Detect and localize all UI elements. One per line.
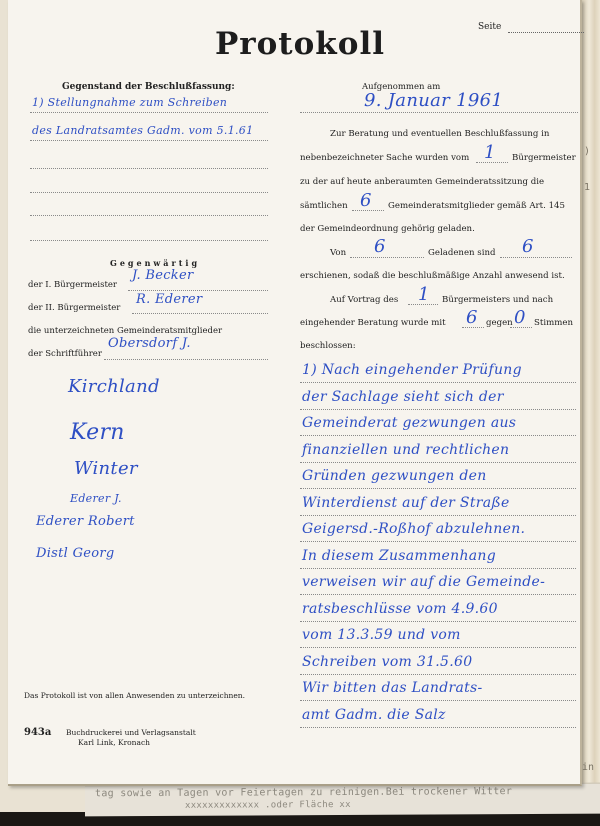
resolution-handwriting: Winterdienst auf der Straße	[302, 495, 510, 511]
subject-line	[30, 215, 268, 216]
mayor1-line	[128, 290, 268, 291]
typed-line: tag sowie an Tagen vor Feiertagen zu rei…	[95, 786, 512, 799]
vote-text: Bürgermeisters und nach	[442, 295, 553, 305]
form-number: 943a	[24, 727, 51, 738]
resolution-line	[300, 435, 576, 436]
subject-heading: Gegenstand der Beschlußfassung:	[62, 82, 235, 92]
vote-against-label: gegen	[486, 318, 513, 328]
von-line	[350, 257, 424, 258]
intro-text: Gemeinderatsmitglieder gemäß Art. 145	[388, 201, 565, 211]
mayor1-signature: J. Becker	[132, 268, 193, 283]
page-stub-text: )	[584, 146, 590, 157]
resolution-line	[300, 621, 576, 622]
geladenen-label: Geladenen sind	[428, 248, 496, 258]
resolution-line	[300, 382, 576, 383]
intro-text: Bürgermeister	[512, 153, 576, 163]
resolution-handwriting: 1) Nach eingehender Prüfung	[302, 362, 522, 378]
secretary-label: der Schriftführer	[28, 349, 102, 359]
resolution-handwriting: finanziellen und rechtlichen	[302, 442, 509, 458]
date-line	[300, 112, 578, 113]
subject-line	[30, 112, 268, 113]
vote-text: Stimmen	[534, 318, 573, 328]
member-signature: Ederer J.	[70, 492, 122, 505]
quorum-text: erschienen, sodaß die beschlußmäßige Anz…	[300, 271, 565, 281]
von-label: Von	[330, 248, 346, 258]
mayor-count-value: 1	[484, 142, 496, 163]
recorded-date: 9. Januar 1961	[364, 90, 503, 111]
member-signature: Ederer Robert	[36, 514, 135, 529]
intro-text: Zur Beratung und eventuellen Beschlußfas…	[330, 129, 549, 139]
mayor1-label: der I. Bürgermeister	[28, 280, 117, 290]
resolution-handwriting: Gründen gezwungen den	[302, 468, 487, 484]
resolution-handwriting: amt Gadm. die Salz	[302, 707, 446, 723]
mayor2-line	[132, 313, 268, 314]
printer-line1: Buchdruckerei und Verlagsanstalt	[66, 728, 196, 737]
mayor2-label: der II. Bürgermeister	[28, 303, 120, 313]
votes-against-value: 0	[514, 307, 526, 328]
geladenen-line	[500, 257, 572, 258]
subject-handwriting: 1) Stellungnahme zum Schreiben	[32, 96, 227, 109]
page-stub-text: 1	[584, 182, 590, 193]
resolution-handwriting: ratsbeschlüsse vom 4.9.60	[302, 601, 498, 617]
document-title: Protokoll	[0, 26, 600, 62]
von-value: 6	[374, 236, 386, 257]
resolution-line	[300, 568, 576, 569]
member-signature: Winter	[74, 458, 138, 479]
subject-line	[30, 168, 268, 169]
intro-text: sämtlichen	[300, 201, 348, 211]
member-signature: Distl Georg	[36, 546, 115, 561]
intro-text: der Gemeindeordnung gehörig geladen.	[300, 224, 475, 234]
resolution-line	[300, 674, 576, 675]
vote-text: Auf Vortrag des	[330, 295, 398, 305]
secretary-signature: Obersdorf J.	[108, 336, 191, 351]
resolution-handwriting: In diesem Zusammenhang	[302, 548, 496, 564]
resolution-line	[300, 462, 576, 463]
member-signature: Kern	[70, 420, 125, 445]
subject-handwriting: des Landratsamtes Gadm. vom 5.1.61	[32, 124, 253, 137]
resolution-line	[300, 488, 576, 489]
resolution-handwriting: Schreiben vom 31.5.60	[302, 654, 472, 670]
resolution-line	[300, 409, 576, 410]
present-heading: Gegenwärtig	[110, 258, 200, 268]
resolution-line	[300, 515, 576, 516]
typed-underpage-strip: tag sowie an Tagen vor Feiertagen zu rei…	[85, 783, 600, 817]
resolution-handwriting: Geigersd.-Roßhof abzulehnen.	[302, 521, 525, 537]
member-signature: Kirchland	[68, 376, 160, 397]
members-label: die unterzeichneten Gemeinderatsmitglied…	[28, 326, 222, 336]
page-stub-text: in	[582, 762, 594, 773]
resolution-line	[300, 700, 576, 701]
protocol-page: Seite Protokoll Gegenstand der Beschlußf…	[8, 0, 582, 786]
resolution-handwriting: der Sachlage sieht sich der	[302, 389, 504, 405]
printer-line2: Karl Link, Kronach	[78, 738, 150, 747]
secretary-line	[104, 359, 268, 360]
resolved-label: beschlossen:	[300, 341, 356, 351]
typed-line: xxxxxxxxxxxxx .oder Fläche xx	[185, 800, 351, 811]
geladenen-value: 6	[522, 236, 534, 257]
subject-line	[30, 240, 268, 241]
vote-text: eingehender Beratung wurde mit	[300, 318, 446, 328]
intro-text: zu der auf heute anberaumten Gemeinderat…	[300, 177, 544, 187]
subject-line	[30, 192, 268, 193]
stacked-page-edges: ) 1 in	[582, 0, 600, 812]
resolution-line	[300, 594, 576, 595]
resolution-line	[300, 727, 576, 728]
presenter-value: 1	[418, 284, 430, 305]
signature-instruction: Das Protokoll ist von allen Anwesenden z…	[24, 691, 245, 700]
intro-text: nebenbezeichneter Sache wurden vom	[300, 153, 469, 163]
subject-line	[30, 140, 268, 141]
votes-for-value: 6	[466, 307, 478, 328]
resolution-handwriting: vom 13.3.59 und vom	[302, 627, 461, 643]
resolution-handwriting: Wir bitten das Landrats-	[302, 680, 483, 696]
resolution-line	[300, 541, 576, 542]
members-count-value: 6	[360, 190, 372, 211]
resolution-handwriting: verweisen wir auf die Gemeinde-	[302, 574, 545, 590]
resolution-handwriting: Gemeinderat gezwungen aus	[302, 415, 516, 431]
mayor2-signature: R. Ederer	[136, 292, 202, 307]
resolution-line	[300, 647, 576, 648]
